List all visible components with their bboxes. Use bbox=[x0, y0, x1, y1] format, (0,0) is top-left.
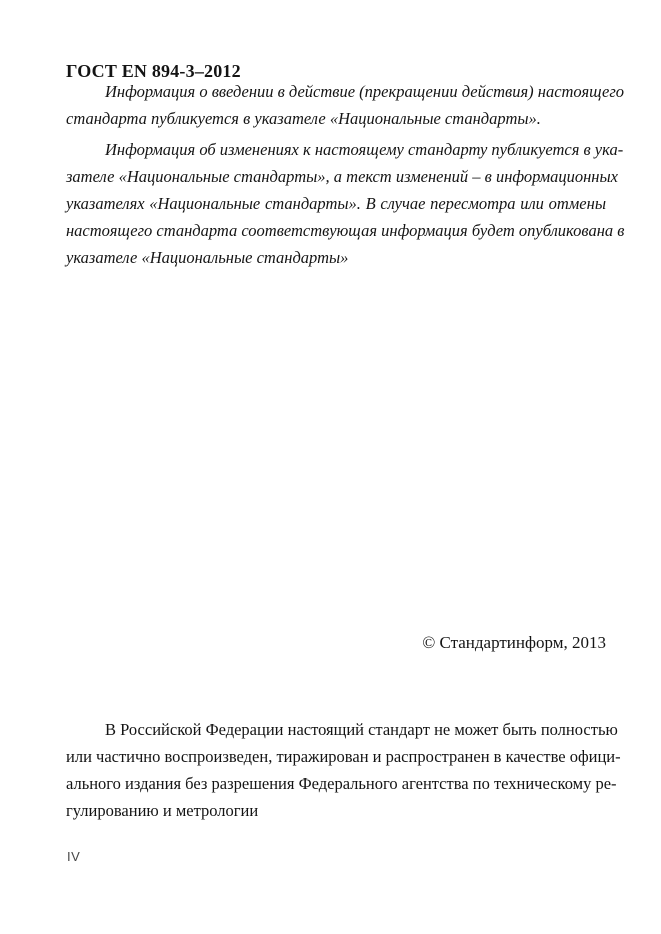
paragraph-reproduction-restriction: В Российской Федерации настоящий стандар… bbox=[66, 716, 606, 824]
paragraph-enactment-notice: Информация о введении в действие (прекра… bbox=[66, 78, 606, 132]
paragraph-amendments-notice: Информация об изменениях к настоящему ст… bbox=[66, 136, 606, 271]
page-number: IV bbox=[67, 849, 80, 864]
text-line: или частично воспроизведен, тиражирован … bbox=[66, 743, 606, 770]
text-line: гулированию и метрологии bbox=[66, 797, 606, 824]
text-line: ального издания без разрешения Федеральн… bbox=[66, 770, 606, 797]
text-line: настоящего стандарта соответствующая инф… bbox=[66, 217, 606, 244]
copyright-notice: © Стандартинформ, 2013 bbox=[66, 629, 606, 656]
text-line: Информация о введении в действие (прекра… bbox=[66, 78, 606, 105]
text-line: стандарта публикуется в указателе «Нацио… bbox=[66, 105, 606, 132]
text-line: В Российской Федерации настоящий стандар… bbox=[66, 716, 606, 743]
text-line: Информация об изменениях к настоящему ст… bbox=[66, 136, 606, 163]
text-line: указателе «Национальные стандарты» bbox=[66, 244, 606, 271]
document-page: ГОСТ EN 894-3–2012 Информация о введении… bbox=[0, 0, 661, 934]
text-line: указателях «Национальные стандарты». В с… bbox=[66, 190, 606, 217]
text-line: зателе «Национальные стандарты», а текст… bbox=[66, 163, 606, 190]
